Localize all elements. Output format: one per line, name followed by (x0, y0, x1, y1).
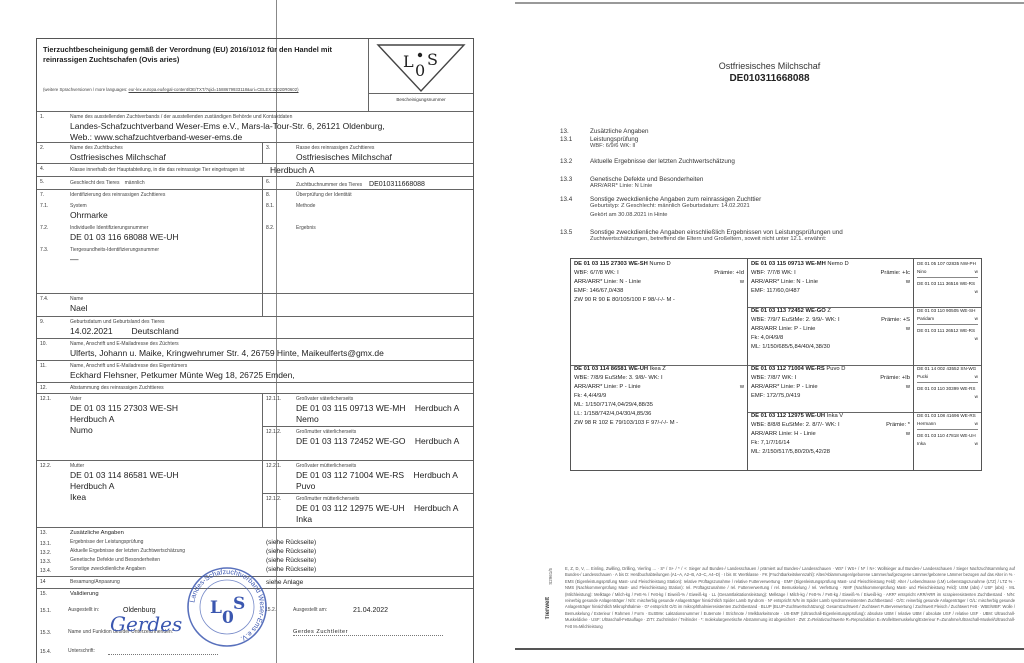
great-grandparents-box: DE 01 05 107 02835 NW-PHNinowDE 01 03 11… (914, 259, 981, 308)
los-logo-icon: L 0 S (369, 39, 473, 93)
section-detail: WBF: 6/9/6 WK: II (590, 143, 638, 149)
animal-id: DE 01 03 114 86581 WE-UH (574, 366, 648, 372)
field-5-6: 5. Geschlecht des Tieres männlich 6. Zuc… (37, 176, 473, 189)
field-7-4: 7.4. NameNael (37, 293, 473, 316)
field-2-3: 2. Name des ZuchtbuchesOstfriesisches Mi… (37, 142, 473, 163)
ggp-name: Paridamw (917, 315, 978, 323)
animal-header: DE 01 03 115 09713 WE-MH Nemo D (751, 260, 910, 269)
animal-data-line: Fk: 4,4/4/9/9 (574, 392, 744, 401)
section-number: 13.1 (560, 136, 590, 143)
ggp-divider (917, 429, 978, 430)
animal-data-line: EMF: 146/67,0/438 (574, 287, 744, 296)
ggp-name: w (917, 393, 978, 401)
logo-box: L 0 S Bescheinigungsnummer (368, 39, 473, 111)
animal-data-line: LL: 1/158/742/4,04/30/4,85/36 (574, 410, 744, 419)
ggp-name: Inkaw (917, 440, 978, 448)
ggp-id: DE 01 14 002 43552 SN-WG (917, 365, 978, 373)
section-title: Sonstige zweckdienliche Angaben zum rein… (590, 196, 761, 203)
animal-data-line: ARR/ARR* Linie: N - Liniew (574, 278, 744, 287)
animal-header: DE 01 03 114 86581 WE-UH Ikea Z (574, 365, 744, 374)
item-label: Aktuelle Ergebnisse der letzten Zuchtwer… (68, 548, 266, 555)
ggp-id: DE 01 05 107 02835 NW-PH (917, 260, 978, 268)
certificate-back-page: Ostfriesisches Milchschaf DE010311668088… (515, 0, 1024, 663)
svg-text:S: S (233, 594, 245, 614)
granddam-maternal-box: DE 01 03 112 12975 WE-UH Inka VWBE: 8/8/… (748, 411, 913, 470)
item-value: (siehe Rückseite) (266, 566, 316, 573)
w-mark: w (975, 393, 978, 401)
section-number: 13.2 (560, 158, 590, 165)
w-mark: w (906, 278, 910, 287)
field-7-8: 7.Identifizierung des reinrassigen Zucht… (37, 189, 473, 293)
page-edge (515, 2, 1024, 4)
animal-data-line: EMF: 117/60,0/487 (751, 287, 910, 296)
section-title: Zusätzliche Angaben (590, 128, 648, 135)
item-value: (siehe Rückseite) (266, 548, 316, 555)
back-page-header: Ostfriesisches Milchschaf DE010311668088 (515, 61, 1024, 84)
animal-data-line: ARR/ARR Linie: H - Liniew (751, 430, 910, 439)
pedigree-sire-side: 12.1. Vater DE 01 03 115 27303 WE-SH Her… (37, 393, 473, 460)
svg-text:S: S (427, 50, 438, 69)
item-number: 13.1. (37, 539, 68, 547)
official-stamp-icon: Landes-Schafzuchtverband Weser-Ems e.V. … (185, 565, 269, 649)
pedigree-dam-side: 12.2. Mutter DE 01 03 114 86581 WE-UH He… (37, 460, 473, 527)
item-value: (siehe Rückseite) (266, 539, 316, 546)
animal-id: DE 01 03 112 71004 WE-RS (751, 366, 825, 372)
dam-name: Ikea (70, 492, 260, 503)
animal-name: Numo D (648, 261, 671, 267)
great-grandparents-box: DE 01 03 108 41696 WE-RSHermannwDE 01 03… (914, 411, 981, 470)
item-number: 13.4. (37, 566, 68, 574)
field-4: 4. Klasse innerhalb der Hauptabteilung, … (37, 163, 473, 176)
languages-link[interactable]: eur-lex.europa.eu/legal-content/DE/TXT/?… (129, 87, 299, 92)
breeding-organisation: Landes-Schafzuchtverband Weser-Ems e.V.,… (70, 121, 471, 132)
w-mark: w (975, 268, 978, 276)
section-13-3: 13.3Genetische Defekte und Besonderheite… (560, 176, 703, 189)
animal-name: Puvo D (825, 366, 846, 372)
breed-heading: Ostfriesisches Milchschaf (515, 61, 1024, 71)
item-value: (siehe Rückseite) (266, 557, 316, 564)
animal-data-line: WBE: 7/8/9 EuStMe: 3. 9/8/- WK: I (574, 374, 744, 383)
ggp-id: DE 01 03 108 41696 WE-RS (917, 412, 978, 420)
sire-name: Numo (70, 425, 260, 436)
signature: Gerdes (110, 612, 182, 636)
ggp-id: DE 01 03 111 26512 WE-RS (917, 327, 978, 335)
animal-data-line: ARR/ARR* Linie: P - Liniew (751, 383, 910, 392)
health-id: — (70, 254, 260, 265)
section-number: 13. (560, 128, 590, 135)
svg-text:0: 0 (415, 61, 425, 80)
birth-country: Deutschland (131, 326, 178, 336)
owner: Eckhard Flehsner, Petkumer Münte Weg 18,… (70, 370, 471, 381)
animal-header: DE 01 03 112 12975 WE-UH Inka V (751, 412, 910, 421)
herdbook-name: Ostfriesisches Milchschaf (70, 152, 260, 163)
svg-text:L: L (210, 598, 222, 618)
animal-data-line: ZW 98 R 102 E 79/103/103 F 97/-/-/- M - (574, 419, 744, 428)
abbreviation-legend: E, Z, D, V, ... Einling, Zwilling, Drill… (565, 566, 1015, 630)
animal-id: DE 01 03 113 72452 WE-GO (751, 308, 826, 314)
ggp-divider (917, 324, 978, 325)
section-title: Aktuelle Ergebnisse der letzten Zuchtwer… (590, 158, 735, 165)
animal-header: DE 01 03 113 72452 WE-GO Z (751, 307, 910, 316)
animal-id: DE 01 03 115 09713 WE-MH (751, 261, 826, 267)
great-grandparents-box: DE 01 14 002 43552 SN-WGPuckiwDE 01 03 1… (914, 364, 981, 413)
section-title: Sonstige zweckdienliche Angaben einschli… (590, 229, 843, 236)
animal-data-line: ARR/ARR* Linie: P - Liniew (574, 383, 744, 392)
section-detail: Geburtstyp: Z Geschlecht: männlich Gebur… (590, 203, 761, 209)
certificate-header: Tierzuchtbescheinigung gemäß der Verordn… (37, 39, 473, 111)
form-code: S2961/5 (548, 568, 553, 585)
granddam-paternal-box: DE 01 03 113 72452 WE-GO ZWBE: 7/9/7 EuS… (748, 306, 913, 366)
ggp-divider (917, 277, 978, 278)
w-mark: w (740, 278, 744, 287)
item-number: 13.3. (37, 557, 68, 565)
id-system: Ohrmarke (70, 210, 260, 221)
animal-data-line: ML: 1/150/685/5,84/40/4,38/30 (751, 343, 910, 352)
item-label: Genetische Defekte und Besonderheiten (68, 557, 266, 564)
signatory: Gerdes Zuchtleiter (293, 629, 443, 636)
grandsire-paternal-box: DE 01 03 115 09713 WE-MH Nemo DWBF: 7/7/… (748, 259, 913, 308)
additional-info-item: 13.1.Ergebnisse der Leistungsprüfung(sie… (37, 538, 473, 547)
animal-name: Nemo D (826, 261, 849, 267)
herdbook-class: Herdbuch A (270, 165, 314, 176)
herdbook-number: DE010311668088 (369, 181, 425, 188)
page-bottom-rule (515, 648, 1024, 650)
animal-data-line: ARR/ARR* Linie: N - Liniew (751, 278, 910, 287)
ggp-id: DE 01 03 110 30399 WE-RS (917, 385, 978, 393)
praemie: Prämie: +S (881, 316, 910, 325)
section-13-1: 13.1LeistungsprüfungWBF: 6/9/6 WK: II (560, 136, 638, 149)
certificate-number-label: Bescheinigungsnummer (369, 93, 473, 111)
animal-header: DE 01 03 112 71004 WE-RS Puvo D (751, 365, 910, 374)
section-title: Leistungsprüfung (590, 136, 638, 143)
brand-logo-icon: Tierwelt (545, 597, 557, 633)
certificate-title: Tierzuchtbescheinigung gemäß der Verordn… (43, 45, 362, 65)
section-13-4: 13.4Sonstige zweckdienliche Angaben zum … (560, 196, 761, 218)
field-1: 1. Name des ausstellenden Zuchtverbands … (37, 111, 473, 142)
animal-data-line: Fk: 4,0/4/9/8 (751, 334, 910, 343)
ggp-name: Hermannw (917, 420, 978, 428)
w-mark: w (975, 420, 978, 428)
animal-data-line: WBE: 7/8/7 WK: IPrämie: +Ib (751, 374, 910, 383)
animal-name: Z (826, 308, 831, 314)
section-number: 13.3 (560, 176, 590, 183)
animal-data-line: ML: 1/150/717/4,04/29/4,88/35 (574, 401, 744, 410)
item-label: Ergebnisse der Leistungsprüfung (68, 539, 266, 546)
animal-data-line: WBF: 7/7/8 WK: IPrämie: +Ic (751, 269, 910, 278)
sire-box: DE 01 03 115 27303 WE-SH Numo DWBF: 6/7/… (571, 259, 747, 366)
section-number: 13.4 (560, 196, 590, 203)
certificate-front-page: Tierzuchtbescheinigung gemäß der Verordn… (0, 0, 505, 663)
field-12: 12. Abstammung des reinrassigen Zuchttie… (37, 382, 473, 393)
section-13-2: 13.2Aktuelle Ergebnisse der letzten Zuch… (560, 158, 735, 165)
ggp-id: DE 01 03 110 47818 WE-UH (917, 432, 978, 440)
field-10: 10. Name, Anschrift und E-Mailadresse de… (37, 338, 473, 360)
animal-data-line: EMF: 172/75,0/419 (751, 392, 910, 401)
ggp-name: w (917, 335, 978, 343)
animal-id: DE 01 03 112 12975 WE-UH (751, 413, 825, 419)
praemie: Prämie: * (886, 421, 910, 430)
animal-id-heading: DE010311668088 (515, 73, 1024, 84)
additional-info-item: 13.3.Genetische Defekte und Besonderheit… (37, 556, 473, 565)
great-grandparents-box: DE 01 03 110 90505 WE-SHParidamwDE 01 03… (914, 306, 981, 366)
section-detail: Gekört am 30.08.2021 in Hinte (590, 212, 761, 218)
dam-box: DE 01 03 114 86581 WE-UH Ikea ZWBE: 7/8/… (571, 364, 747, 470)
additional-info-item: 13.2.Aktuelle Ergebnisse der letzten Zuc… (37, 547, 473, 556)
animal-data-line: WBF: 6/7/8 WK: IPrämie: +Id (574, 269, 744, 278)
ggp-divider (917, 382, 978, 383)
animal-data-line: WBE: 8/8/8 EuStMe: 2. 8/7/- WK: IPrämie:… (751, 421, 910, 430)
issued-date: 21.04.2022 (353, 607, 388, 614)
animal-name: Ikea Z (648, 366, 666, 372)
section-title-cont: Zuchtwertschätzungen, betreffend die Elt… (590, 236, 843, 242)
ggp-name: Ninow (917, 268, 978, 276)
animal-data-line: ML: 2/150/517/5,80/20/5,42/28 (751, 448, 910, 457)
w-mark: w (975, 288, 978, 296)
w-mark: w (740, 383, 744, 392)
praemie: Prämie: +Ib (880, 374, 910, 383)
ggp-name: w (917, 288, 978, 296)
w-mark: w (975, 335, 978, 343)
languages-note: (weitere Sprachversionen / more language… (43, 87, 362, 92)
dam-id: DE 01 03 114 86581 WE-UH (70, 470, 260, 481)
animal-name: Inka V (825, 413, 843, 419)
sire-id: DE 01 03 115 27303 WE-SH (70, 403, 260, 414)
breeder: Ulferts, Johann u. Maike, Kringwehrumer … (70, 348, 471, 359)
section-title: Genetische Defekte und Besonderheiten (590, 176, 703, 183)
w-mark: w (975, 315, 978, 323)
animal-data-line: Fk: 7,1/7/16/14 (751, 439, 910, 448)
grandsire-maternal-box: DE 01 03 112 71004 WE-RS Puvo DWBE: 7/8/… (748, 364, 913, 413)
section-13-: 13.Zusätzliche Angaben (560, 128, 648, 135)
birth-date: 14.02.2021 (70, 326, 113, 336)
w-mark: w (975, 440, 978, 448)
svg-text:L: L (403, 52, 414, 71)
animal-data-line: ZW 90 R 90 E 80/105/100 F 98/-/-/- M - (574, 296, 744, 305)
section-number: 13.5 (560, 229, 590, 236)
field-9: 9. Geburtsdatum und Geburtsland des Tier… (37, 316, 473, 338)
breed: Ostfriesisches Milchschaf (296, 152, 471, 163)
animal-data-line: WBE: 7/9/7 EuStMe: 2. 9/9/- WK: IPrämie:… (751, 316, 910, 325)
animal-header: DE 01 03 115 27303 WE-SH Numo D (574, 260, 744, 269)
ggp-name: Puckiw (917, 373, 978, 381)
ggp-id: DE 01 03 110 90505 WE-SH (917, 307, 978, 315)
w-mark: w (906, 383, 910, 392)
item-number: 13.2. (37, 548, 68, 556)
pedigree-table: DE 01 03 115 27303 WE-SH Numo DWBF: 6/7/… (570, 258, 982, 471)
section-13-5: 13.5Sonstige zweckdienliche Angaben eins… (560, 229, 843, 242)
section-detail: ARR/ARR* Linie: N Linie (590, 183, 703, 189)
animal-data-line: ARR/ARR Linie: P - Liniew (751, 325, 910, 334)
w-mark: w (906, 430, 910, 439)
sex: männlich (125, 180, 145, 186)
individual-id: DE 01 03 116 68088 WE-UH (70, 232, 260, 243)
w-mark: w (975, 373, 978, 381)
ggp-id: DE 01 03 111 36516 WE-RS (917, 280, 978, 288)
field-11: 11. Name, Anschrift und E-Mailadresse de… (37, 360, 473, 382)
praemie: Prämie: +Id (714, 269, 744, 278)
w-mark: w (906, 325, 910, 334)
praemie: Prämie: +Ic (881, 269, 910, 278)
animal-name: Nael (70, 303, 260, 314)
animal-id: DE 01 03 115 27303 WE-SH (574, 261, 648, 267)
